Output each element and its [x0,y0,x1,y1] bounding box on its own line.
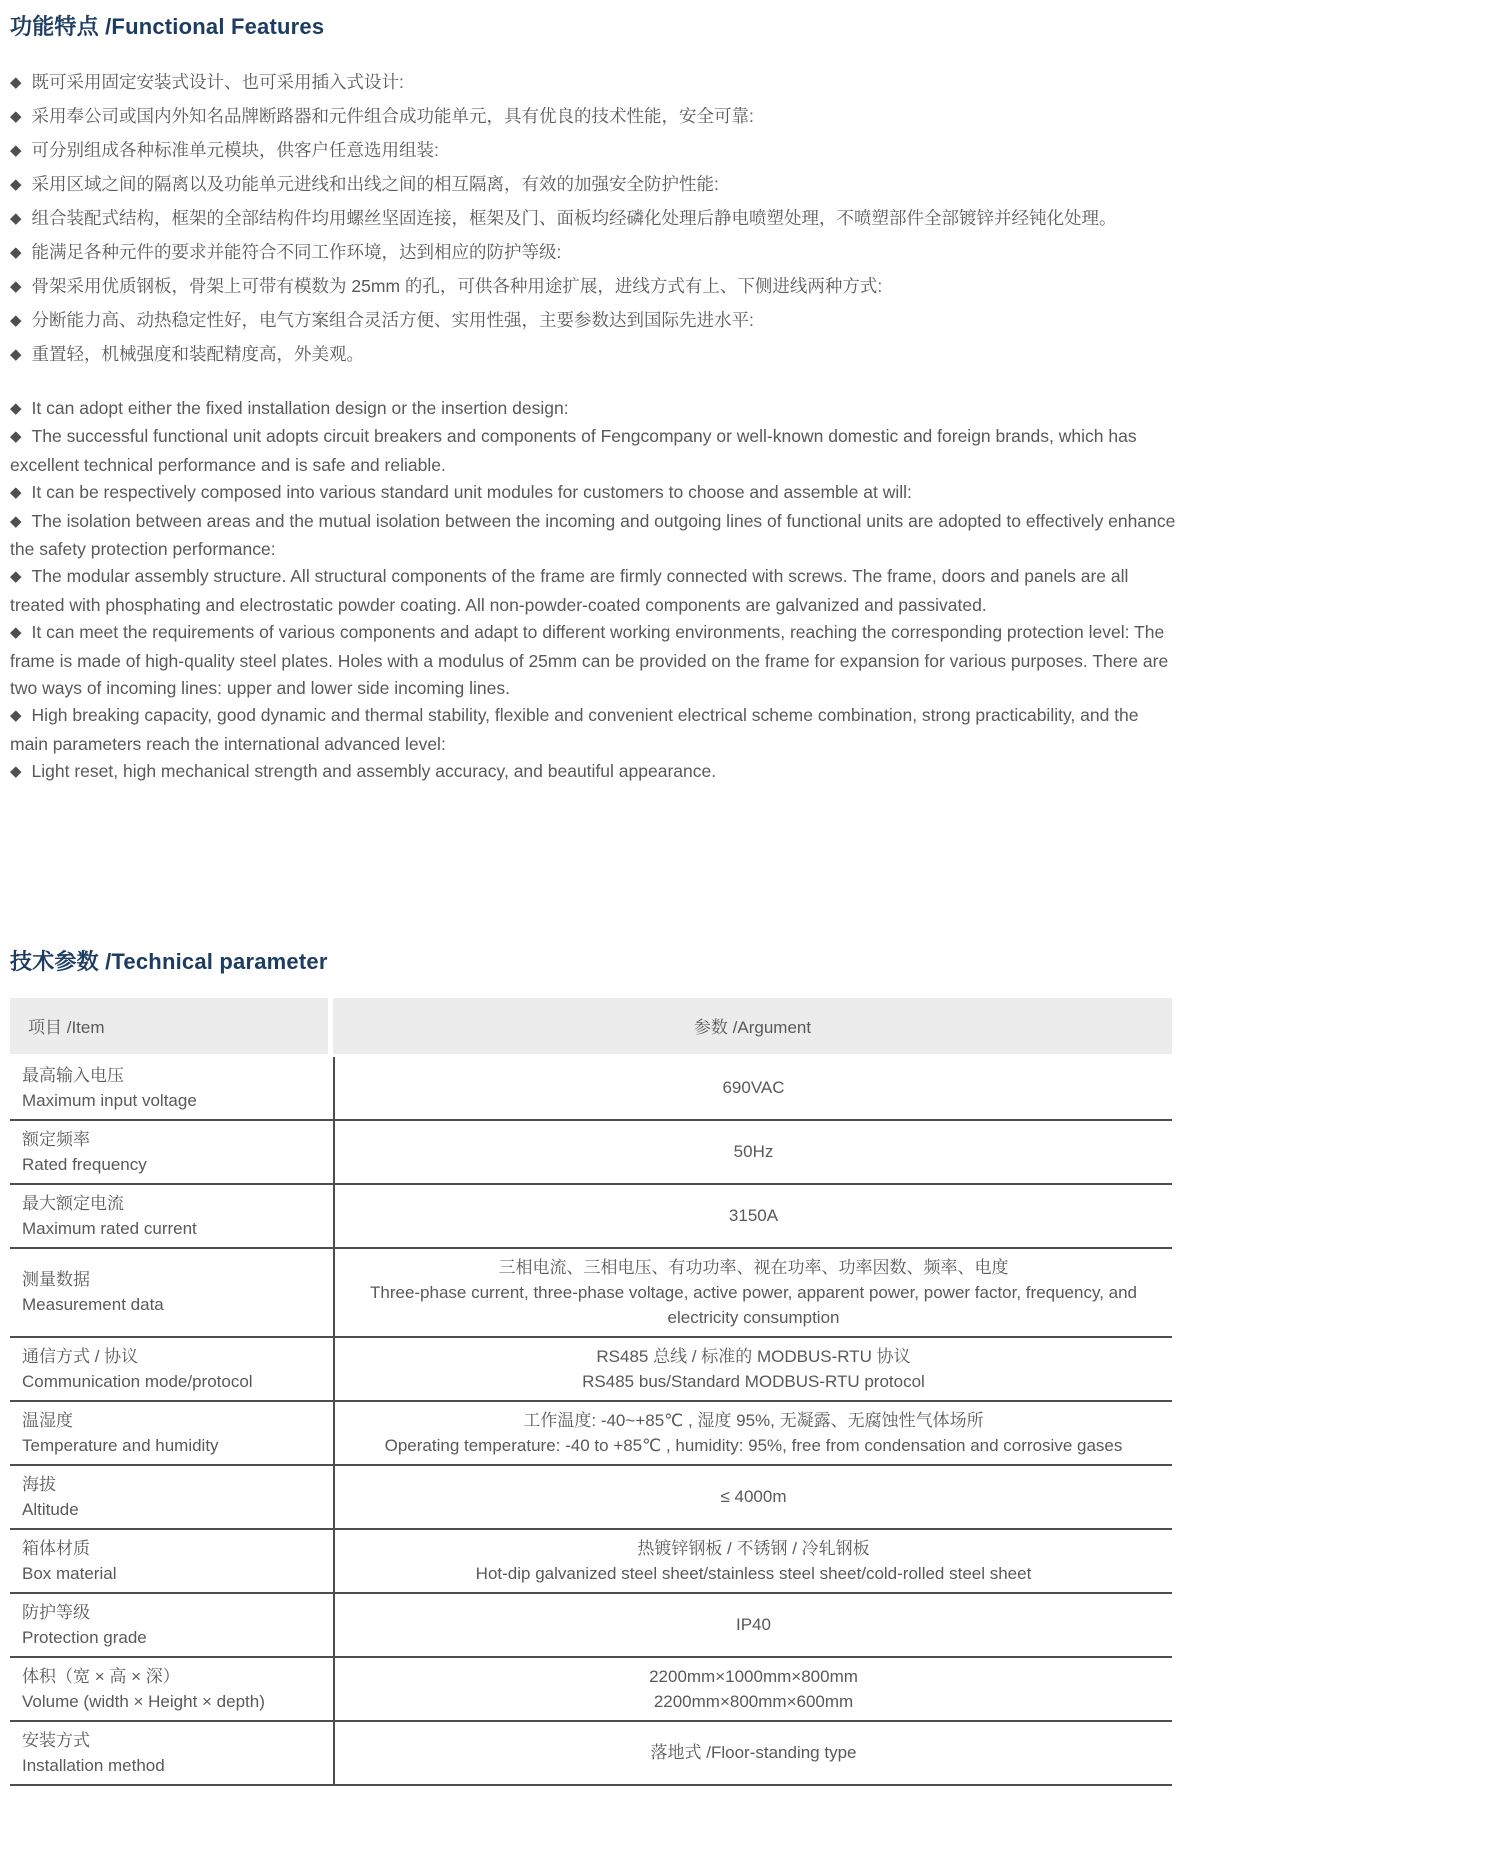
item-label-zh: 温湿度 [22,1408,333,1433]
feature-text-en: It can meet the requirements of various … [10,622,1168,698]
table-row: 测量数据 Measurement data 三相电流、三相电压、有功功率、视在功… [10,1247,1172,1336]
argument-value: 落地式 /Floor-standing type [347,1740,1160,1765]
argument-value: 2200mm×1000mm×800mm [347,1664,1160,1689]
feature-item-en: ◆The successful functional unit adopts c… [10,423,1180,479]
feature-text-en: It can adopt either the fixed installati… [32,398,569,418]
table-row: 箱体材质 Box material 热镀锌钢板 / 不锈钢 / 冷轧钢板 Hot… [10,1528,1172,1592]
argument-value: 50Hz [347,1139,1160,1164]
item-label-zh: 最大额定电流 [22,1191,333,1216]
feature-item-zh: ◆组合装配式结构，框架的全部结构件均用螺丝坚固连接，框架及门、面板均经磷化处理后… [10,202,1500,236]
table-row: 海拔 Altitude ≤ 4000m [10,1464,1172,1528]
feature-item-zh: ◆骨架采用优质钢板，骨架上可带有模数为 25mm 的孔，可供各种用途扩展，进线方… [10,270,1500,304]
feature-item-en: ◆Light reset, high mechanical strength a… [10,758,1180,786]
feature-text-en: High breaking capacity, good dynamic and… [10,705,1139,753]
argument-value: Operating temperature: -40 to +85℃ , hum… [347,1433,1160,1458]
feature-item-en: ◆It can adopt either the fixed installat… [10,395,1180,423]
item-label-en: Altitude [22,1497,333,1522]
item-label-en: Installation method [22,1753,333,1778]
diamond-bullet-icon: ◆ [10,67,22,99]
feature-item-en: ◆The isolation between areas and the mut… [10,508,1180,564]
feature-item-zh: ◆能满足各种元件的要求并能符合不同工作环境，达到相应的防护等级: [10,236,1500,270]
feature-text-zh: 组合装配式结构，框架的全部结构件均用螺丝坚固连接，框架及门、面板均经磷化处理后静… [32,208,1117,228]
diamond-bullet-icon: ◆ [10,101,22,133]
argument-value: 3150A [347,1203,1160,1228]
diamond-bullet-icon: ◆ [10,169,22,201]
feature-text-en: The successful functional unit adopts ci… [10,426,1137,474]
item-label-zh: 防护等级 [22,1600,333,1625]
feature-item-zh: ◆分断能力高、动热稳定性好，电气方案组合灵活方便、实用性强，主要参数达到国际先进… [10,304,1500,338]
item-label-en: Maximum rated current [22,1216,333,1241]
table-row: 温湿度 Temperature and humidity 工作温度: -40~+… [10,1400,1172,1464]
feature-item-zh: ◆采用奉公司或国内外知名品牌断路器和元件组合成功能单元，具有优良的技术性能，安全… [10,100,1500,134]
table-row: 防护等级 Protection grade IP40 [10,1592,1172,1656]
feature-item-zh: ◆既可采用固定安装式设计、也可采用插入式设计: [10,66,1500,100]
diamond-bullet-icon: ◆ [10,271,22,303]
item-label-zh: 体积（宽 × 高 × 深） [22,1664,333,1689]
feature-text-en: The modular assembly structure. All stru… [10,566,1128,614]
feature-item-en: ◆High breaking capacity, good dynamic an… [10,702,1180,758]
diamond-bullet-icon: ◆ [10,339,22,371]
argument-value: 热镀锌钢板 / 不锈钢 / 冷轧钢板 [347,1536,1160,1561]
item-label-zh: 安装方式 [22,1728,333,1753]
item-label-en: Maximum input voltage [22,1088,333,1113]
feature-text-en: The isolation between areas and the mutu… [10,511,1175,559]
feature-item-zh: ◆采用区域之间的隔离以及功能单元进线和出线之间的相互隔离，有效的加强安全防护性能… [10,168,1500,202]
feature-text-zh: 既可采用固定安装式设计、也可采用插入式设计: [32,72,404,92]
feature-text-en: It can be respectively composed into var… [32,482,912,502]
features-list-en: ◆It can adopt either the fixed installat… [10,395,1180,787]
page: 功能特点 /Functional Features ◆既可采用固定安装式设计、也… [0,0,1500,1786]
table-header-row: 项目 /Item 参数 /Argument [10,998,1172,1054]
argument-value: RS485 bus/Standard MODBUS-RTU protocol [347,1369,1160,1394]
table-header-argument: 参数 /Argument [333,998,1172,1054]
item-label-en: Protection grade [22,1625,333,1650]
functional-features-title: 功能特点 /Functional Features [10,10,1500,41]
argument-value: 690VAC [347,1075,1160,1100]
feature-item-en: ◆It can meet the requirements of various… [10,619,1180,702]
diamond-bullet-icon: ◆ [10,395,22,422]
item-label-en: Communication mode/protocol [22,1369,333,1394]
feature-item-en: ◆It can be respectively composed into va… [10,479,1180,507]
item-label-zh: 海拔 [22,1472,333,1497]
item-label-zh: 箱体材质 [22,1536,333,1561]
table-row: 最大额定电流 Maximum rated current 3150A [10,1183,1172,1247]
table-row: 体积（宽 × 高 × 深） Volume (width × Height × d… [10,1656,1172,1720]
feature-text-zh: 采用区域之间的隔离以及功能单元进线和出线之间的相互隔离，有效的加强安全防护性能: [32,174,719,194]
feature-text-en: Light reset, high mechanical strength an… [32,761,717,781]
argument-value: 三相电流、三相电压、有功功率、视在功率、功率因数、频率、电度 [347,1255,1160,1280]
diamond-bullet-icon: ◆ [10,508,22,535]
argument-value: IP40 [347,1612,1160,1637]
feature-item-en: ◆The modular assembly structure. All str… [10,563,1180,619]
argument-value: 工作温度: -40~+85℃ , 湿度 95%, 无凝露、无腐蚀性气体场所 [347,1408,1160,1433]
item-label-en: Box material [22,1561,333,1586]
feature-text-zh: 分断能力高、动热稳定性好，电气方案组合灵活方便、实用性强，主要参数达到国际先进水… [32,310,754,330]
argument-value: 2200mm×800mm×600mm [347,1689,1160,1714]
feature-text-zh: 可分别组成各种标准单元模块，供客户任意选用组装: [32,140,439,160]
feature-text-zh: 重置轻，机械强度和装配精度高，外美观。 [32,344,365,364]
feature-text-zh: 能满足各种元件的要求并能符合不同工作环境，达到相应的防护等级: [32,242,562,262]
item-label-en: Temperature and humidity [22,1433,333,1458]
diamond-bullet-icon: ◆ [10,237,22,269]
technical-parameter-title: 技术参数 /Technical parameter [10,945,1500,976]
table-header-item: 项目 /Item [10,998,328,1054]
feature-text-zh: 骨架采用优质钢板，骨架上可带有模数为 25mm 的孔，可供各种用途扩展，进线方式… [32,276,883,296]
argument-value: Hot-dip galvanized steel sheet/stainless… [347,1561,1160,1586]
item-label-en: Volume (width × Height × depth) [22,1689,333,1714]
item-label-en: Rated frequency [22,1152,333,1177]
functional-features-section: 功能特点 /Functional Features ◆既可采用固定安装式设计、也… [10,10,1500,787]
item-label-zh: 测量数据 [22,1267,333,1292]
diamond-bullet-icon: ◆ [10,423,22,450]
diamond-bullet-icon: ◆ [10,203,22,235]
diamond-bullet-icon: ◆ [10,563,22,590]
table-row: 额定频率 Rated frequency 50Hz [10,1119,1172,1183]
argument-value: ≤ 4000m [347,1484,1160,1509]
diamond-bullet-icon: ◆ [10,619,22,646]
technical-parameter-table: 项目 /Item 参数 /Argument 最高输入电压 Maximum inp… [10,998,1172,1786]
diamond-bullet-icon: ◆ [10,305,22,337]
table-row: 安装方式 Installation method 落地式 /Floor-stan… [10,1720,1172,1784]
feature-item-zh: ◆重置轻，机械强度和装配精度高，外美观。 [10,338,1500,372]
features-list-zh: ◆既可采用固定安装式设计、也可采用插入式设计: ◆采用奉公司或国内外知名品牌断路… [10,66,1500,372]
diamond-bullet-icon: ◆ [10,702,22,729]
diamond-bullet-icon: ◆ [10,479,22,506]
feature-text-zh: 采用奉公司或国内外知名品牌断路器和元件组合成功能单元，具有优良的技术性能，安全可… [32,106,754,126]
item-label-zh: 最高输入电压 [22,1063,333,1088]
diamond-bullet-icon: ◆ [10,758,22,785]
table-row: 通信方式 / 协议 Communication mode/protocol RS… [10,1336,1172,1400]
feature-item-zh: ◆可分别组成各种标准单元模块，供客户任意选用组装: [10,134,1500,168]
item-label-en: Measurement data [22,1292,333,1317]
argument-value: Three-phase current, three-phase voltage… [347,1280,1160,1330]
item-label-zh: 通信方式 / 协议 [22,1344,333,1369]
diamond-bullet-icon: ◆ [10,135,22,167]
item-label-zh: 额定频率 [22,1127,333,1152]
argument-value: RS485 总线 / 标准的 MODBUS-RTU 协议 [347,1344,1160,1369]
table-row: 最高输入电压 Maximum input voltage 690VAC [10,1057,1172,1119]
technical-parameter-section: 技术参数 /Technical parameter 项目 /Item 参数 /A… [10,945,1500,1786]
